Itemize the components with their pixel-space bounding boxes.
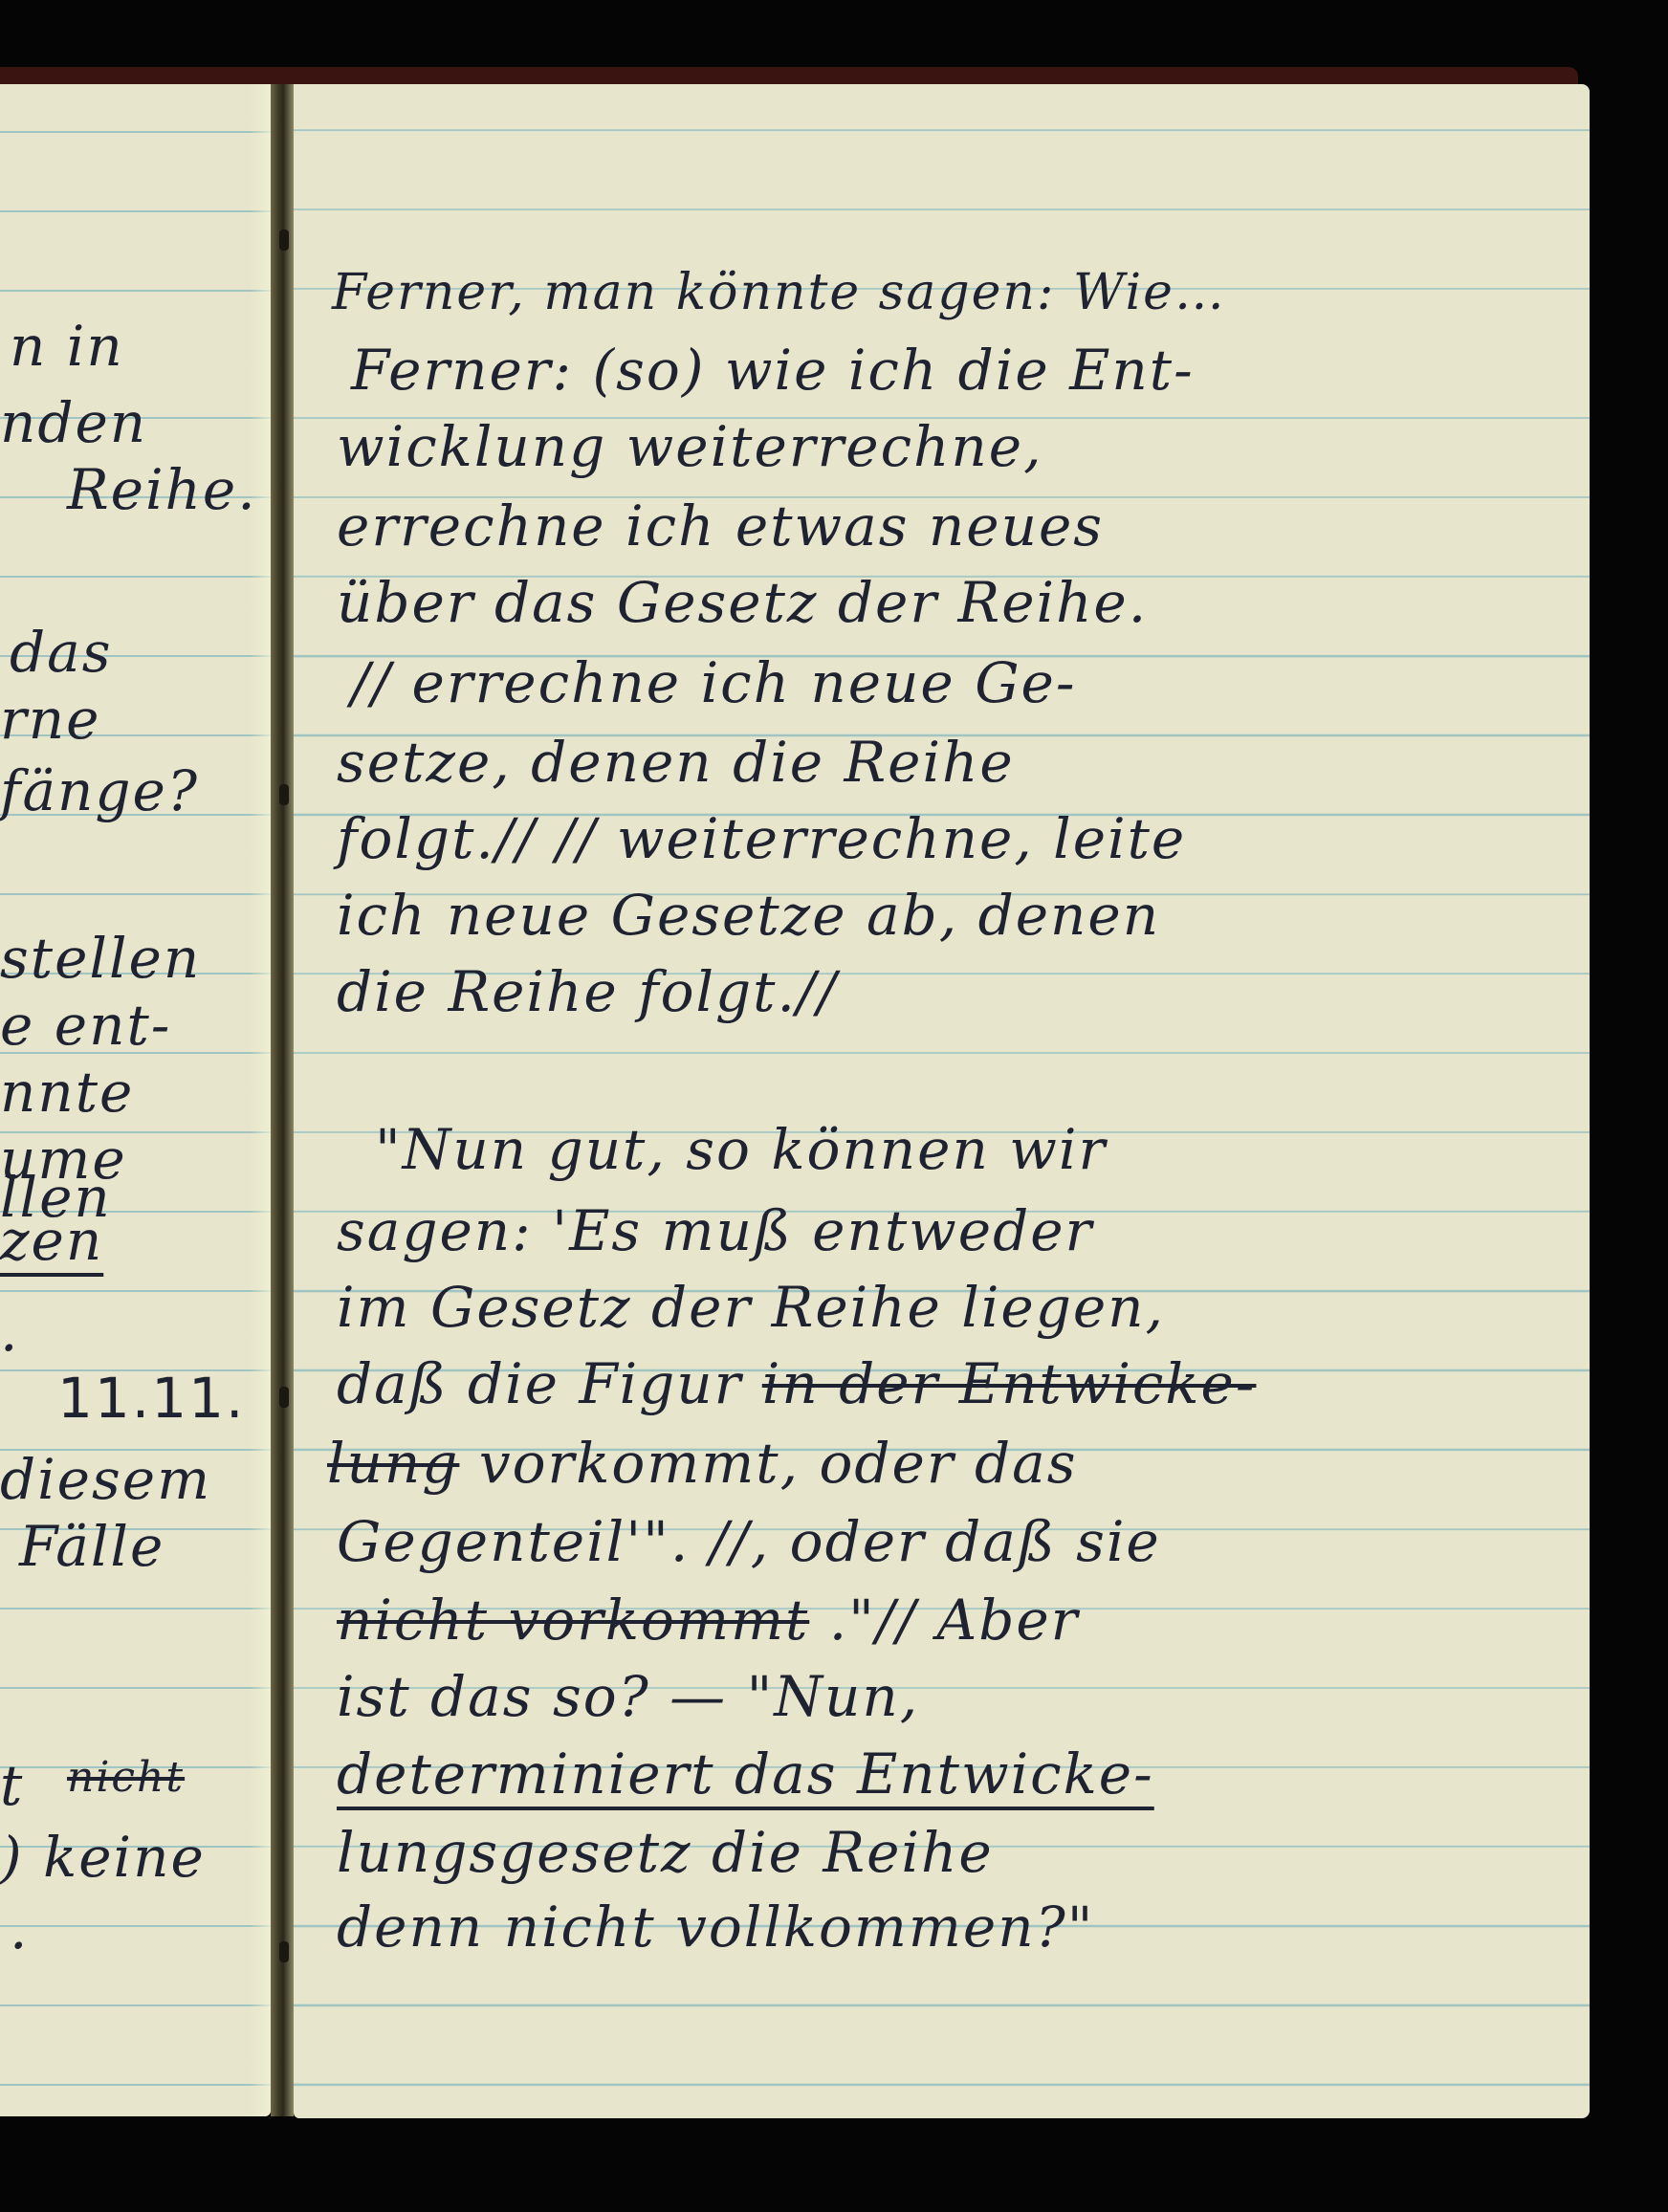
- manuscript-line: daß die Figur in der Entwicke-: [337, 1351, 1256, 1416]
- manuscript-line: über das Gesetz der Reihe.: [337, 570, 1148, 635]
- left-fragment: t: [0, 1753, 24, 1818]
- left-fragment: zen: [0, 1208, 103, 1273]
- binding-stitch: [279, 230, 289, 251]
- left-fragment: Fälle: [19, 1514, 165, 1579]
- manuscript-line: ich neue Gesetze ab, denen: [337, 883, 1160, 948]
- left-fragment: stellen: [0, 926, 201, 991]
- manuscript-line: errechne ich etwas neues: [337, 493, 1104, 558]
- left-fragment: Reihe.: [67, 457, 257, 522]
- struck-text: in der Entwicke-: [762, 1351, 1257, 1416]
- left-fragment: nnte: [0, 1060, 134, 1125]
- manuscript-line: wicklung weiterrechne,: [337, 414, 1043, 479]
- binding-stitch: [279, 1387, 289, 1408]
- manuscript-line: Gegenteil'". //, oder daß sie: [337, 1509, 1161, 1574]
- binding-stitch: [279, 784, 289, 805]
- manuscript-line: lungsgesetz die Reihe: [337, 1820, 994, 1885]
- left-fragment: diesem: [0, 1447, 211, 1512]
- left-fragment: .: [10, 1896, 29, 1961]
- left-page: n in nden Reihe. das rne fänge? stellen …: [0, 84, 271, 2116]
- left-fragment: n in: [10, 314, 124, 379]
- manuscript-line: folgt.// // weiterrechne, leite: [337, 806, 1186, 871]
- left-fragment: nden: [0, 390, 147, 455]
- left-fragment: das: [10, 620, 112, 685]
- binding-stitch: [279, 1941, 289, 1962]
- left-fragment: rne: [0, 687, 100, 752]
- left-fragment: fänge?: [0, 758, 199, 823]
- manuscript-line: Ferner: (so) wie ich die Ent-: [351, 338, 1195, 403]
- manuscript-line: lung vorkommt, oder das: [327, 1431, 1078, 1496]
- line-text: ."// Aber: [829, 1588, 1080, 1653]
- struck-text: lung: [327, 1431, 459, 1496]
- revision-text: // errechne ich neue Ge-: [351, 650, 1076, 715]
- manuscript-line: setze, denen die Reihe: [337, 730, 1015, 795]
- notebook-gutter: [271, 84, 294, 2116]
- manuscript-line: Ferner, man könnte sagen: Wie…: [332, 264, 1226, 321]
- manuscript-line: sagen: 'Es muß entweder: [337, 1198, 1093, 1263]
- struck-text: nicht vorkommt: [337, 1588, 809, 1653]
- manuscript-line: determiniert das Entwicke-: [337, 1741, 1154, 1807]
- left-fragment-struck: nicht: [67, 1753, 185, 1802]
- left-fragment: .: [0, 1299, 19, 1364]
- manuscript-line: ist das so? — "Nun,: [337, 1664, 919, 1729]
- line-text: daß die Figur: [337, 1351, 742, 1416]
- manuscript-line: // errechne ich neue Ge-: [351, 650, 1076, 715]
- date-entry: 11.11.: [57, 1366, 245, 1431]
- manuscript-line: nicht vorkommt ."// Aber: [337, 1588, 1079, 1653]
- manuscript-line: "Nun gut, so können wir: [375, 1117, 1107, 1182]
- left-fragment: ) keine: [0, 1825, 206, 1890]
- line-text: vorkommt, oder das: [479, 1431, 1078, 1496]
- manuscript-line: im Gesetz der Reihe liegen,: [337, 1275, 1165, 1340]
- left-fragment: e ent-: [0, 993, 171, 1058]
- manuscript-line: denn nicht vollkommen?": [337, 1894, 1094, 1960]
- manuscript-line: die Reihe folgt.//: [337, 959, 838, 1024]
- right-page: Ferner, man könnte sagen: Wie… Ferner: (…: [294, 84, 1590, 2118]
